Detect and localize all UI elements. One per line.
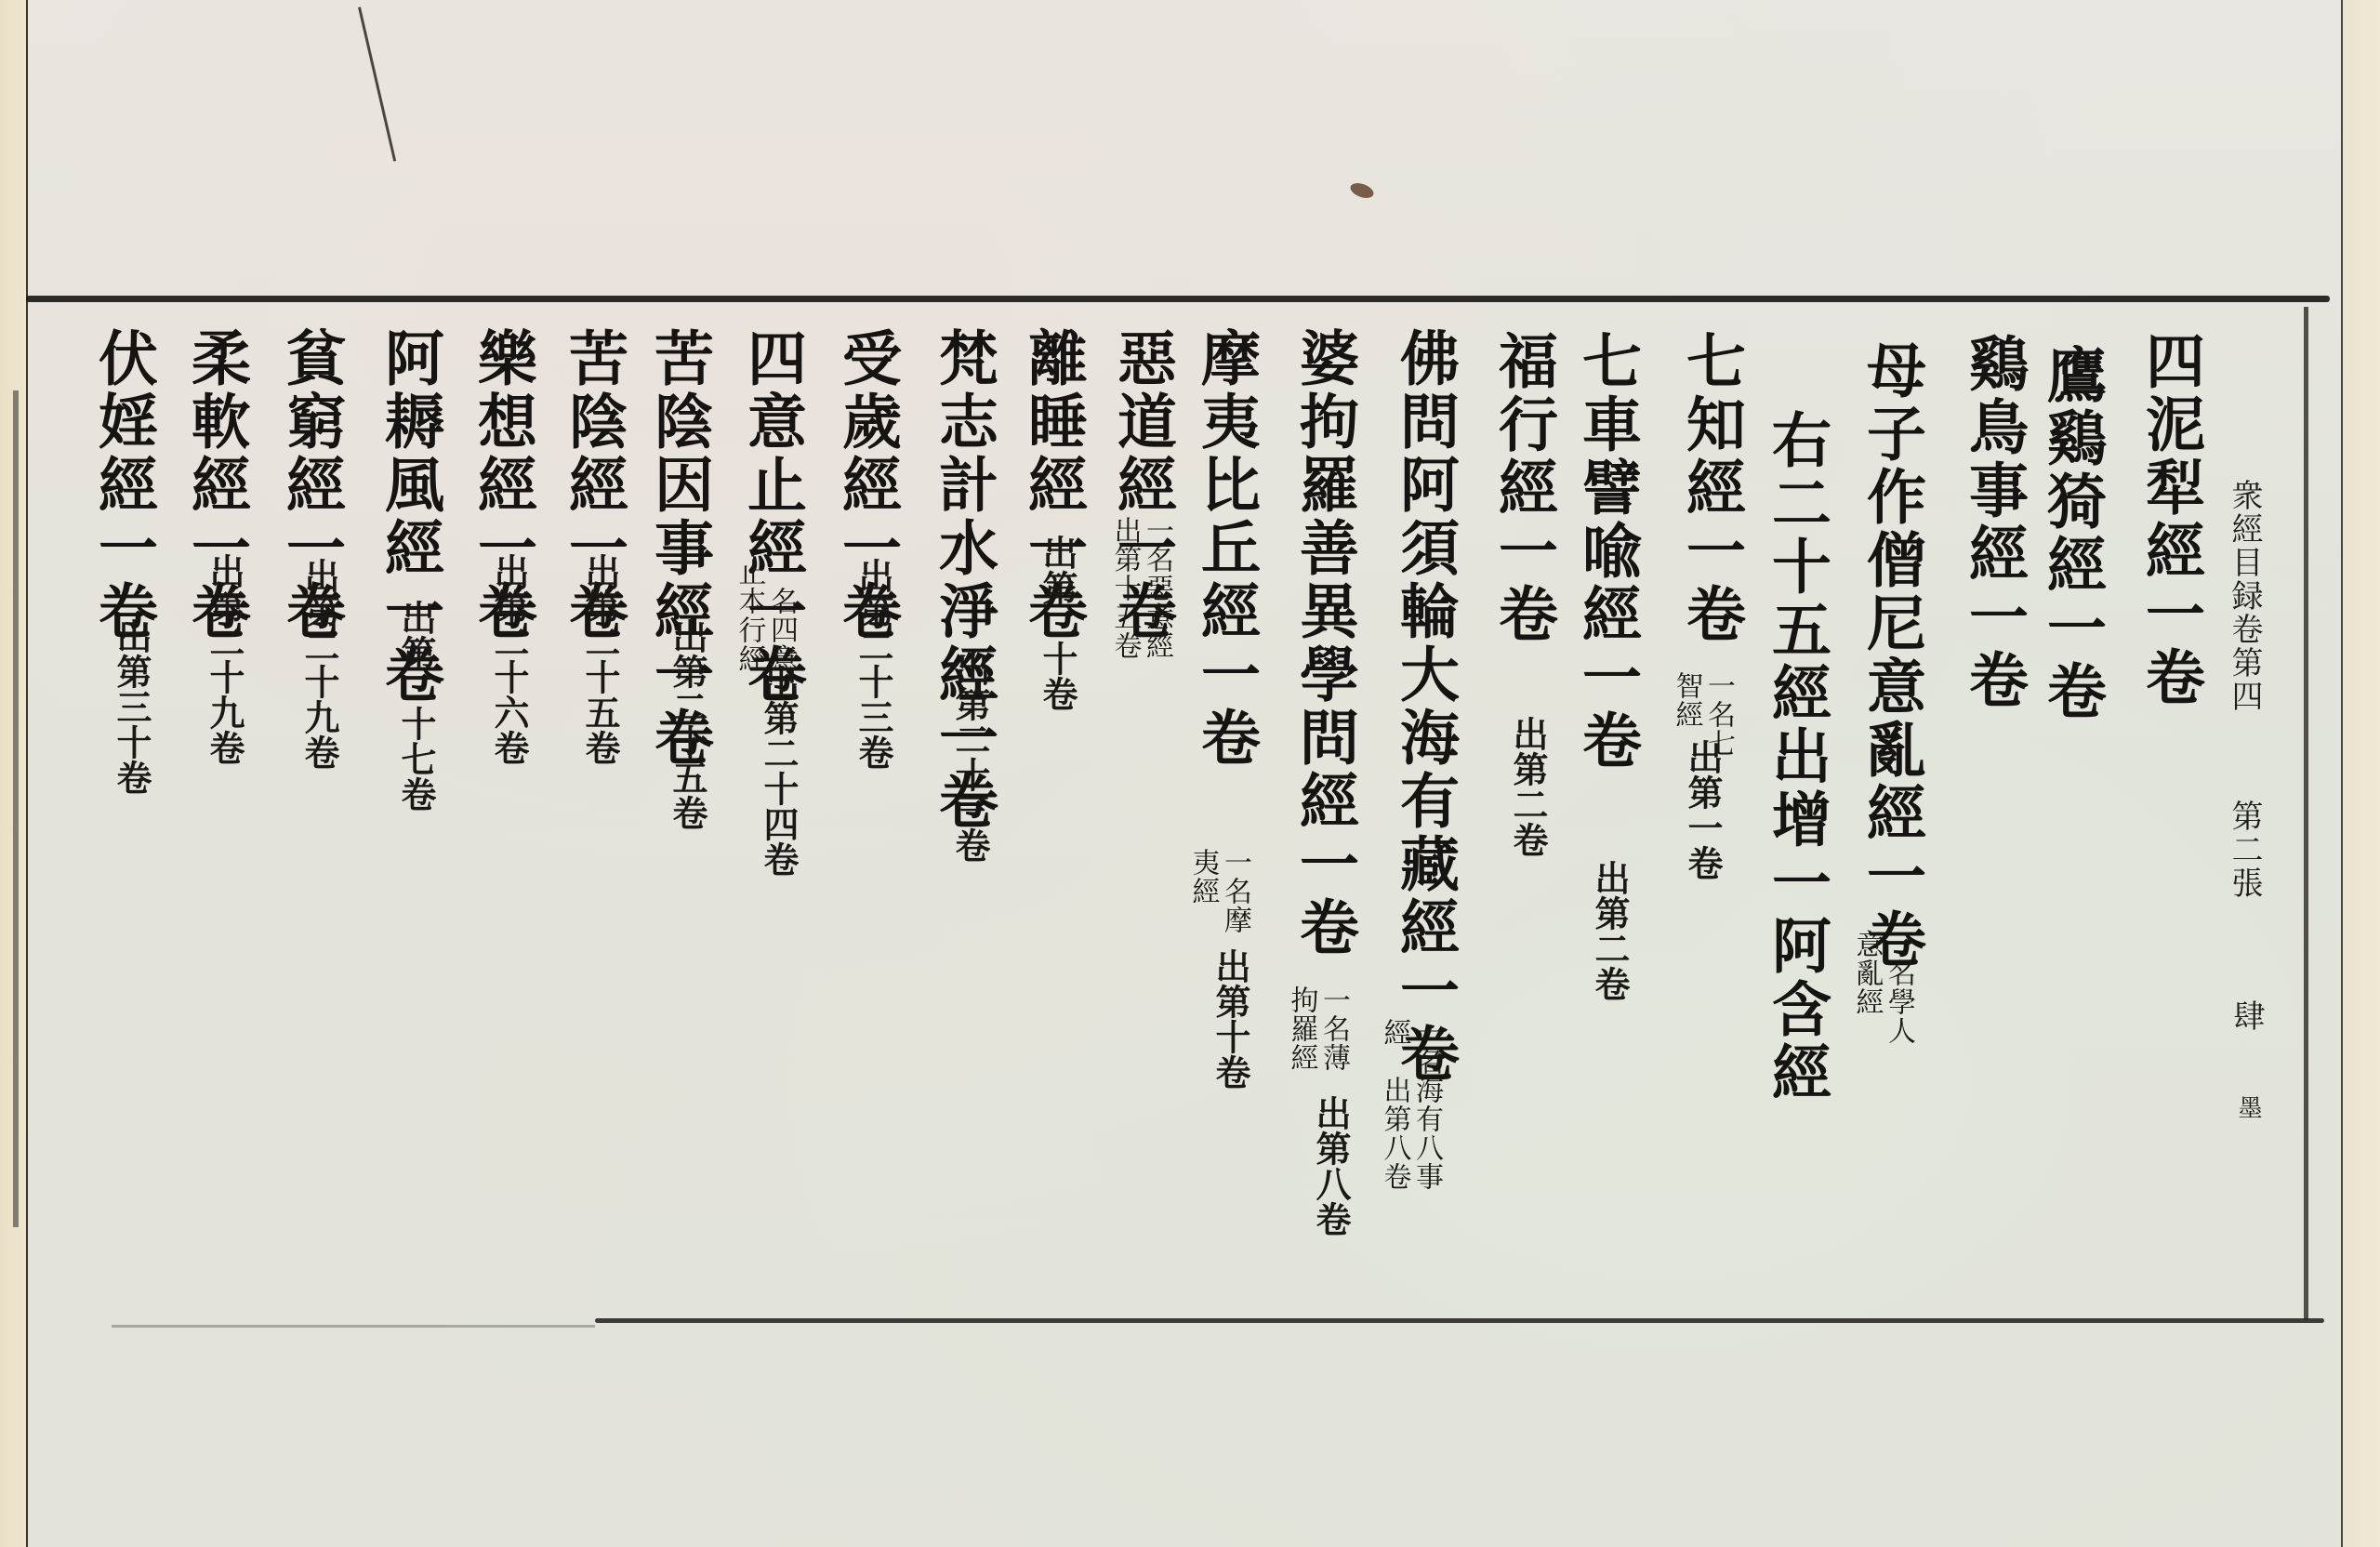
entry-source-23: 出第三十卷 <box>106 618 157 795</box>
entry-source-15: 出第二十三卷 <box>848 558 899 770</box>
note-line: 出第十五卷 <box>1109 516 1142 660</box>
entry-column-10: 婆拘羅善異學問經一卷 <box>1294 327 1354 959</box>
entry-column-2: 鷹鷄猗經一卷 <box>2042 344 2101 723</box>
entry-column-9: 佛問阿須輪大海有藏經一卷 <box>1395 327 1454 1086</box>
entry-source-14: 出第二十三卷 <box>945 651 996 863</box>
note-line: 一名四意 <box>765 558 798 673</box>
note-line: 一名學人 <box>1883 930 1915 1045</box>
entry-source-17: 出第二十五卷 <box>662 618 713 830</box>
top-frame-rule <box>26 296 2330 302</box>
entry-source-16: 出第二十四卷 <box>753 665 804 877</box>
entry-source-20: 出第二十七卷 <box>390 600 442 812</box>
note-line: 止本行經 <box>734 558 766 673</box>
note-line: 一名海有八事 <box>1410 1018 1443 1191</box>
entry-column-1: 四泥犁經一卷 <box>2140 330 2200 709</box>
entry-column-23: 伏婬經一卷 <box>93 327 152 643</box>
entry-source-6: 出第一卷 <box>1677 739 1728 880</box>
note-line: 一名薄 <box>1317 985 1350 1072</box>
entry-note-10: 一名薄 拘羅經 <box>1285 985 1349 1072</box>
note-line: 夷經 <box>1187 848 1220 906</box>
right-binding-edge <box>2341 0 2380 1547</box>
note-line: 經 出第八卷 <box>1379 1018 1411 1191</box>
entry-column-8: 福行經一卷 <box>1493 330 1553 646</box>
note-line: 一名摩 <box>1219 848 1251 934</box>
entry-source-22: 出第二十九卷 <box>199 553 250 765</box>
entry-note-4: 一名學人 意亂經 <box>1850 930 1914 1045</box>
entry-source-18: 出第二十五卷 <box>575 553 626 765</box>
section-summary-column: 右二十五經出增一阿含經 <box>1766 409 1826 1104</box>
entry-column-7: 七車譬喩經一卷 <box>1577 330 1636 773</box>
bottom-frame-rule <box>595 1318 2324 1323</box>
entry-note-9: 一名海有八事 經 出第八卷 <box>1378 1018 1442 1191</box>
entry-source-13: 出第二十卷 <box>1032 535 1083 711</box>
margin-page-number: 肆 <box>2224 999 2269 1033</box>
margin-title: 衆經目録卷第四 <box>2222 479 2268 713</box>
entry-column-3: 鷄鳥事經一卷 <box>1963 333 2023 712</box>
entry-note-11: 一名摩 夷經 <box>1186 848 1250 934</box>
note-line: 拘羅經 <box>1286 985 1318 1072</box>
paper-background <box>0 0 2380 1547</box>
note-line: 智經 <box>1671 671 1703 729</box>
note-line: 意亂經 <box>1851 930 1884 1016</box>
entry-source-8: 出第二卷 <box>1502 716 1554 857</box>
entry-source-19: 出第二十六卷 <box>483 553 535 765</box>
entry-column-6: 七知經一卷 <box>1681 330 1740 646</box>
entry-note-16: 一名四意 止本行經 <box>733 558 797 673</box>
entry-column-11: 摩夷比丘經一卷 <box>1196 327 1255 770</box>
left-frame-rule <box>13 390 19 1227</box>
entry-source-21: 出第二十九卷 <box>294 558 345 770</box>
margin-mark: 墨 <box>2231 1095 2266 1121</box>
margin-sheet-number: 第二張 <box>2222 800 2268 900</box>
right-frame-rule <box>2304 307 2308 1320</box>
entry-source-11: 出第十卷 <box>1205 948 1256 1090</box>
entry-column-4: 母子作僧尼意亂經一卷 <box>1861 339 1921 972</box>
entry-note-12: 一名惡意經 出第十五卷 <box>1108 516 1172 660</box>
entry-source-7: 出第二卷 <box>1584 860 1635 1001</box>
entry-source-10: 出第八卷 <box>1305 1095 1356 1236</box>
note-line: 一名惡意經 <box>1141 516 1173 660</box>
bottom-frame-rule-faded <box>112 1325 595 1328</box>
